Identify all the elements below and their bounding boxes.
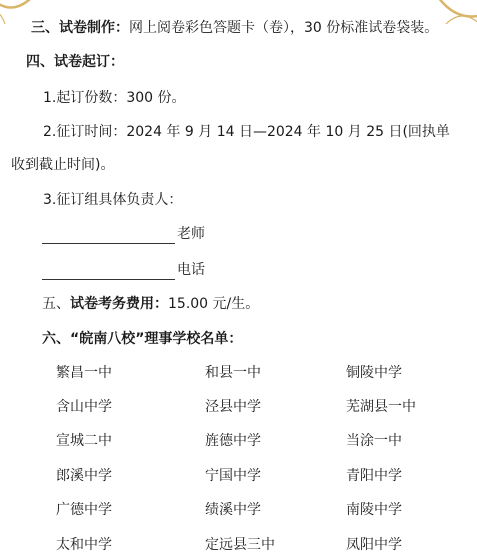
school-name: 泾县中学 [205, 397, 261, 417]
school-name: 青阳中学 [346, 466, 402, 486]
school-name: 定远县三中 [205, 535, 275, 555]
teacher-name-blank[interactable] [42, 227, 175, 244]
school-name: 绩溪中学 [205, 500, 261, 520]
school-name: 广德中学 [56, 500, 112, 520]
school-name: 南陵中学 [346, 500, 402, 520]
school-name: 宁国中学 [205, 466, 261, 486]
section-5-heading: 试卷考务费用： [70, 296, 168, 312]
section-3-text: 网上阅卷彩色答题卡（卷），30 份标准试卷袋装。 [129, 20, 438, 36]
teacher-label: 老师 [177, 226, 205, 242]
order-quantity: 1.起订份数：300 份。 [43, 88, 186, 108]
school-name: 芜湖县一中 [346, 397, 416, 417]
school-name: 铜陵中学 [346, 363, 402, 383]
section-3-heading: 三、试卷制作： [31, 20, 129, 36]
contact-person-label: 3.征订组具体负责人： [43, 190, 182, 210]
school-name: 旌德中学 [205, 431, 261, 451]
section-4-heading: 四、试卷起订： [26, 52, 124, 72]
phone-label: 电话 [177, 262, 205, 278]
section-3-paragraph: 三、试卷制作：网上阅卷彩色答题卡（卷），30 份标准试卷袋装。 [31, 18, 438, 38]
section-6-heading: 六、“皖南八校”理事学校名单： [42, 329, 242, 349]
school-name: 含山中学 [56, 397, 112, 417]
phone-field-row: 电话 [42, 260, 205, 280]
school-name: 和县一中 [205, 363, 261, 383]
phone-number-blank[interactable] [42, 263, 175, 280]
school-name: 宣城二中 [56, 431, 112, 451]
teacher-field-row: 老师 [42, 224, 205, 244]
school-name: 郎溪中学 [56, 466, 112, 486]
school-name: 当涂一中 [346, 431, 402, 451]
school-name: 繁昌一中 [56, 363, 112, 383]
school-name: 太和中学 [56, 535, 112, 555]
order-period-line1: 2.征订时间：2024 年 9 月 14 日—2024 年 10 月 25 日(… [43, 122, 450, 142]
section-5-text: 15.00 元/生。 [168, 296, 259, 312]
section-5-paragraph: 五、试卷考务费用：15.00 元/生。 [42, 294, 259, 314]
section-5-prefix: 五、 [42, 296, 70, 312]
order-period-line2: 收到截止时间)。 [11, 155, 114, 175]
school-name: 凤阳中学 [346, 535, 402, 555]
